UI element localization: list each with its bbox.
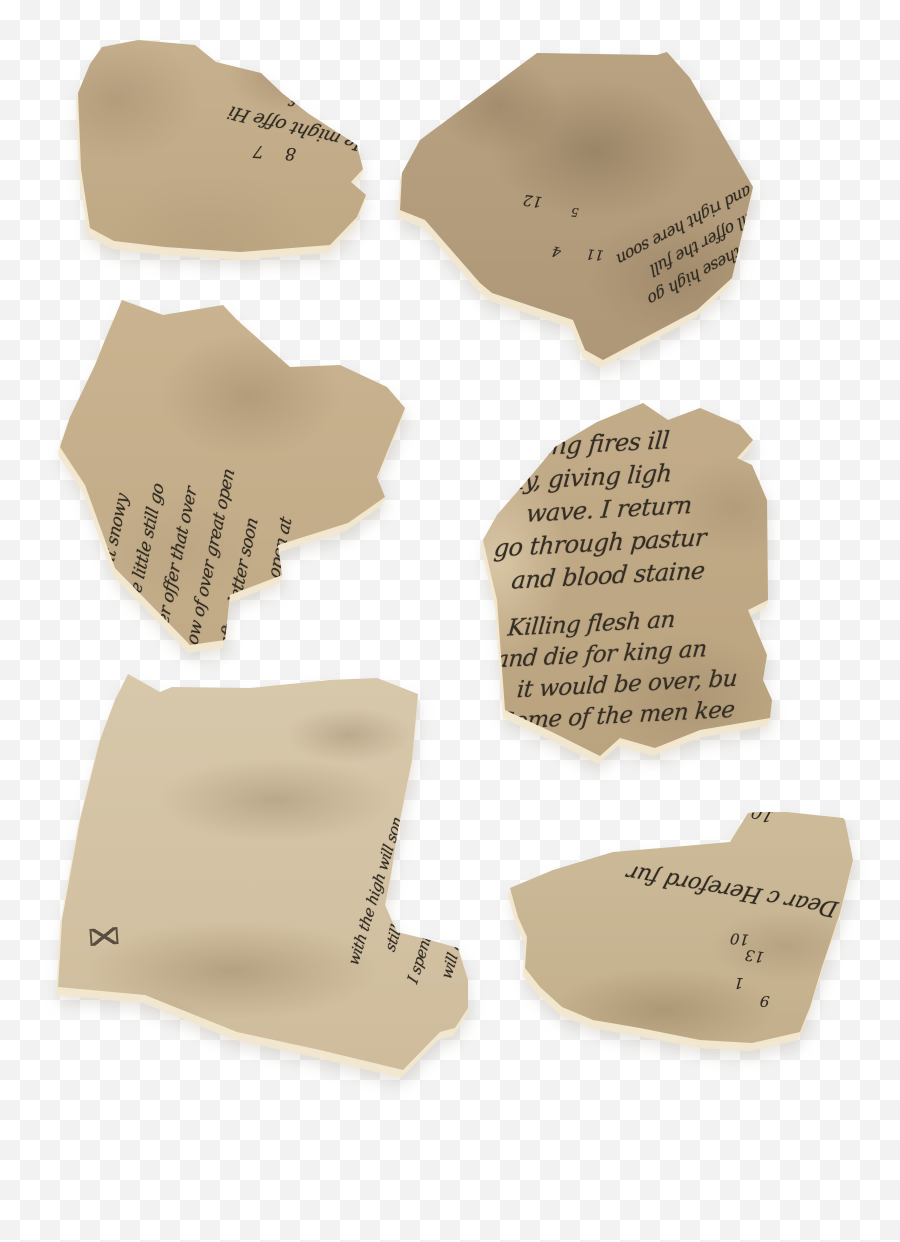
paper-surface: 10.. Dear c Hereford fur 10 13 1 9 [508, 810, 855, 1045]
page-number: 1 [733, 974, 744, 993]
page-number: 4 [550, 242, 562, 260]
page-number: 8 7 [252, 141, 296, 164]
paper-surface: so the softly it snowy over the little s… [60, 298, 405, 645]
handwriting-scrawl: so the softly it snowy over the little s… [72, 298, 398, 645]
paper-fragment-bottom-left: with the high will son still of you in m… [38, 670, 470, 1076]
paper-surface: with the high will son still of you in m… [38, 670, 470, 1076]
paper-fragment-middle-right: sing fires ill sky, giving ligh wave. I … [480, 398, 776, 762]
scrawl-line: will offer the full [502, 200, 755, 360]
handwriting-scrawl: with the high will son still of you in m… [339, 670, 470, 1008]
scrawl-line: Dear c Hereford fur [523, 842, 841, 921]
paper-surface: 12 5 4 11 with these high go will offer … [400, 50, 755, 362]
page-number: 12 [522, 191, 543, 211]
page-number: 9 [759, 992, 770, 1011]
paper-surface: sing fires ill sky, giving ligh wave. I … [480, 398, 776, 762]
handwriting-scrawl: He might offe Hi to try it of and must h… [85, 38, 375, 160]
paper-fragment-top-left: He might offe Hi to try it of and must h… [75, 38, 375, 256]
paper-fragment-bottom-right: 10.. Dear c Hereford fur 10 13 1 9 [508, 810, 855, 1045]
scrawl-line: with the high will son [339, 670, 470, 971]
scrawl-line: will get good he goes [432, 670, 470, 985]
page-number: 13 [744, 946, 765, 966]
scrawl-line: I spent he will visit [398, 670, 470, 989]
paper-surface: He might offe Hi to try it of and must h… [75, 38, 375, 256]
handwritten-verse-top: sing fires ill sky, giving ligh wave. I … [488, 423, 709, 599]
clipped-scrawl-mark: 10.. [739, 810, 776, 826]
page-number: 5 [570, 205, 579, 220]
paper-fragment-top-right: 12 5 4 11 with these high go will offer … [400, 50, 755, 362]
handwriting-scrawl: Dear c Hereford fur [525, 827, 842, 921]
ink-blot-mark [89, 927, 118, 946]
paper-fragment-middle-left: so the softly it snowy over the little s… [60, 298, 405, 645]
handwritten-verse-bottom: Killing flesh an and die for king an it … [493, 602, 740, 738]
torn-paper-collage: He might offe Hi to try it of and must h… [0, 0, 900, 1242]
